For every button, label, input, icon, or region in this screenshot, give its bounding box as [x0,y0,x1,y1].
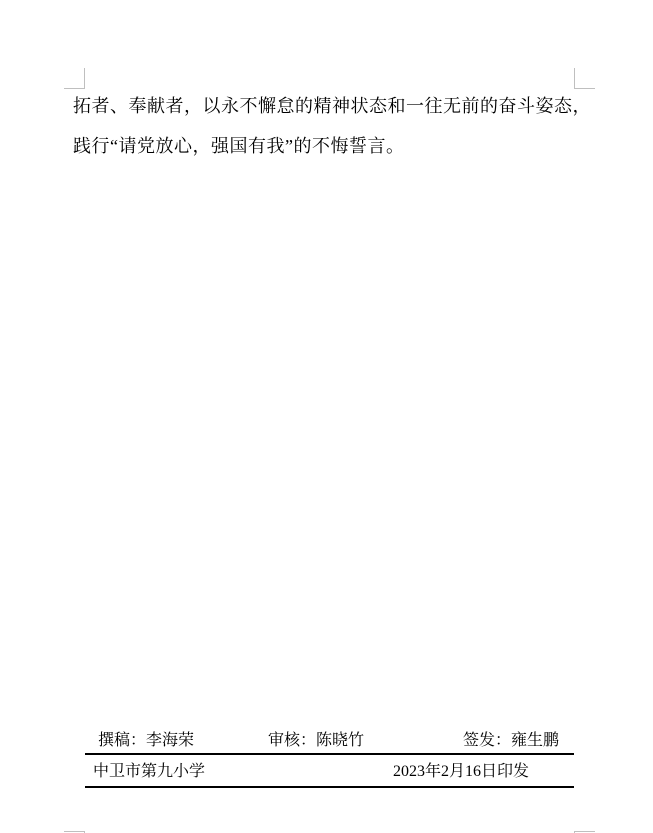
footer-rule-bottom [85,786,574,788]
footer-rule-top [85,753,574,755]
body-line-1: 拓者、奉献者，以永不懈怠的精神状态和一往无前的奋斗姿态， [73,86,583,126]
body-line-2: 践行“请党放心，强国有我”的不悔誓言。 [73,126,583,166]
body-paragraph: 拓者、奉献者，以永不懈怠的精神状态和一往无前的奋斗姿态， 践行“请党放心，强国有… [73,86,583,166]
drafter-cell: 撰稿：李海荣 [98,731,194,751]
issuer-cell: 签发：雍生鹏 [463,731,559,751]
print-date-cell: 2023年2月16日印发 [393,762,529,782]
organization-cell: 中卫市第九小学 [93,762,205,782]
reviewer-cell: 审核：陈晓竹 [268,731,364,751]
document-page: 拓者、奉献者，以永不懈怠的精神状态和一往无前的奋斗姿态， 践行“请党放心，强国有… [0,0,653,833]
